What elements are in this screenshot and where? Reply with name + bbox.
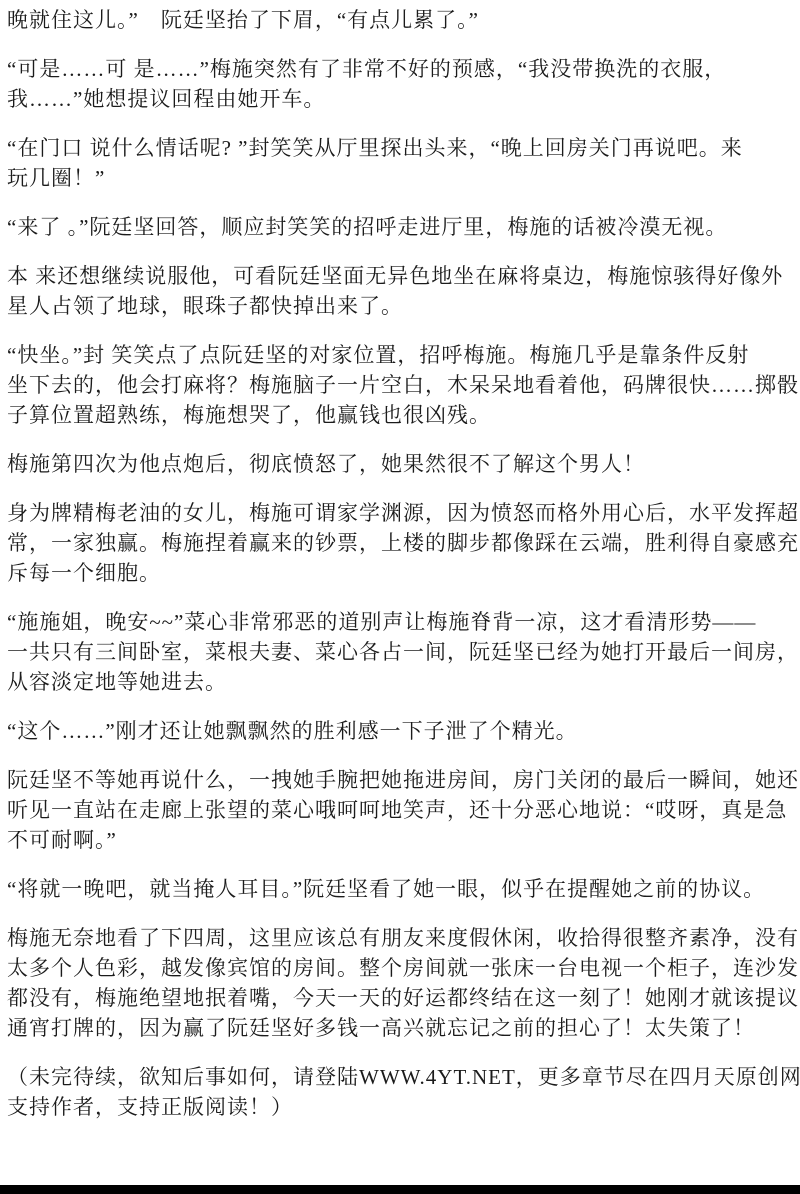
paragraph: “将就一晚吧，就当掩人耳目。”阮廷坚看了她一眼，似乎在提醒她之前的协议。 <box>7 874 794 904</box>
page-content: 晚就住这儿。” 阮廷坚抬了下眉，“有点儿累了。”“可是……可 是……”梅施突然有… <box>0 0 800 1122</box>
text-line: 支持作者，支持正版阅读！） <box>7 1092 794 1122</box>
text-line: “在门口 说什么情话呢? ”封笑笑从厅里探出头来，“晚上回房关门再说吧。来 <box>7 133 794 163</box>
text-line: 太多个人色彩，越发像宾馆的房间。整个房间就一张床一台电视一个柜子，连沙发 <box>7 953 794 983</box>
text-line: 梅施第四次为他点炮后，彻底愤怒了，她果然很不了解这个男人！ <box>7 449 794 479</box>
paragraph: 梅施第四次为他点炮后，彻底愤怒了，她果然很不了解这个男人！ <box>7 449 794 479</box>
paragraph: 晚就住这儿。” 阮廷坚抬了下眉，“有点儿累了。” <box>7 5 794 35</box>
paragraph: 阮廷坚不等她再说什么，一拽她手腕把她拖进房间，房门关闭的最后一瞬间，她还听见一直… <box>7 765 794 855</box>
text-line: 常，一家独赢。梅施捏着赢来的钞票，上楼的脚步都像踩在云端，胜利得自豪感充 <box>7 528 794 558</box>
text-line: 玩几圈！” <box>7 163 794 193</box>
text-line: 斥每一个细胞。 <box>7 558 794 588</box>
text-line: 一共只有三间卧室，菜根夫妻、菜心各占一间，阮廷坚已经为她打开最后一间房， <box>7 637 794 667</box>
text-line: （未完待续，欲知后事如何，请登陆WWW.4YT.NET，更多章节尽在四月天原创网… <box>7 1062 794 1092</box>
text-line: 阮廷坚不等她再说什么，一拽她手腕把她拖进房间，房门关闭的最后一瞬间，她还 <box>7 765 794 795</box>
text-line: “将就一晚吧，就当掩人耳目。”阮廷坚看了她一眼，似乎在提醒她之前的协议。 <box>7 874 794 904</box>
text-line: 晚就住这儿。” 阮廷坚抬了下眉，“有点儿累了。” <box>7 5 794 35</box>
text-line: 梅施无奈地看了下四周，这里应该总有朋友来度假休闲，收拾得很整齐素净，没有 <box>7 923 794 953</box>
paragraph: “可是……可 是……”梅施突然有了非常不好的预感，“我没带换洗的衣服，我……”她… <box>7 54 794 114</box>
text-line: “这个……”刚才还让她飘飘然的胜利感一下子泄了个精光。 <box>7 716 794 746</box>
text-line: 不可耐啊。” <box>7 825 794 855</box>
text-line: 本 来还想继续说服他，可看阮廷坚面无异色地坐在麻将桌边，梅施惊骇得好像外 <box>7 261 794 291</box>
text-line: 星人占领了地球，眼珠子都快掉出来了。 <box>7 291 794 321</box>
text-line: 通宵打牌的，因为赢了阮廷坚好多钱一高兴就忘记之前的担心了！太失策了！ <box>7 1013 794 1043</box>
text-line: 身为牌精梅老油的女儿，梅施可谓家学渊源，因为愤怒而格外用心后，水平发挥超 <box>7 498 794 528</box>
paragraph: “施施姐，晚安~~”菜心非常邪恶的道别声让梅施脊背一凉，这才看清形势——一共只有… <box>7 607 794 697</box>
paragraph: “快坐。”封 笑笑点了点阮廷坚的对家位置，招呼梅施。梅施几乎是靠条件反射坐下去的… <box>7 340 794 430</box>
text-line: 我……”她想提议回程由她开车。 <box>7 84 794 114</box>
novel-page: 晚就住这儿。” 阮廷坚抬了下眉，“有点儿累了。”“可是……可 是……”梅施突然有… <box>0 0 800 1194</box>
text-line: 子算位置超熟练，梅施想哭了，他赢钱也很凶残。 <box>7 400 794 430</box>
text-line: “施施姐，晚安~~”菜心非常邪恶的道别声让梅施脊背一凉，这才看清形势—— <box>7 607 794 637</box>
text-line: “来了 。”阮廷坚回答，顺应封笑笑的招呼走进厅里，梅施的话被冷漠无视。 <box>7 212 794 242</box>
paragraph: 本 来还想继续说服他，可看阮廷坚面无异色地坐在麻将桌边，梅施惊骇得好像外星人占领… <box>7 261 794 321</box>
paragraph: “来了 。”阮廷坚回答，顺应封笑笑的招呼走进厅里，梅施的话被冷漠无视。 <box>7 212 794 242</box>
paragraph: “这个……”刚才还让她飘飘然的胜利感一下子泄了个精光。 <box>7 716 794 746</box>
paragraph: 梅施无奈地看了下四周，这里应该总有朋友来度假休闲，收拾得很整齐素净，没有太多个人… <box>7 923 794 1043</box>
text-line: 坐下去的，他会打麻将？梅施脑子一片空白，木呆呆地看着他，码牌很快……掷骰 <box>7 370 794 400</box>
paragraph: “在门口 说什么情话呢? ”封笑笑从厅里探出头来，“晚上回房关门再说吧。来玩几圈… <box>7 133 794 193</box>
continuation-note: （未完待续，欲知后事如何，请登陆WWW.4YT.NET，更多章节尽在四月天原创网… <box>7 1062 794 1122</box>
text-line: “可是……可 是……”梅施突然有了非常不好的预感，“我没带换洗的衣服， <box>7 54 794 84</box>
paragraph: 身为牌精梅老油的女儿，梅施可谓家学渊源，因为愤怒而格外用心后，水平发挥超常，一家… <box>7 498 794 588</box>
page-bottom-bar <box>0 1185 800 1194</box>
text-line: “快坐。”封 笑笑点了点阮廷坚的对家位置，招呼梅施。梅施几乎是靠条件反射 <box>7 340 794 370</box>
text-line: 都没有，梅施绝望地抿着嘴，今天一天的好运都终结在这一刻了！她刚才就该提议 <box>7 983 794 1013</box>
text-line: 从容淡定地等她进去。 <box>7 667 794 697</box>
text-line: 听见一直站在走廊上张望的菜心哦呵呵地笑声，还十分恶心地说：“哎呀，真是急 <box>7 795 794 825</box>
